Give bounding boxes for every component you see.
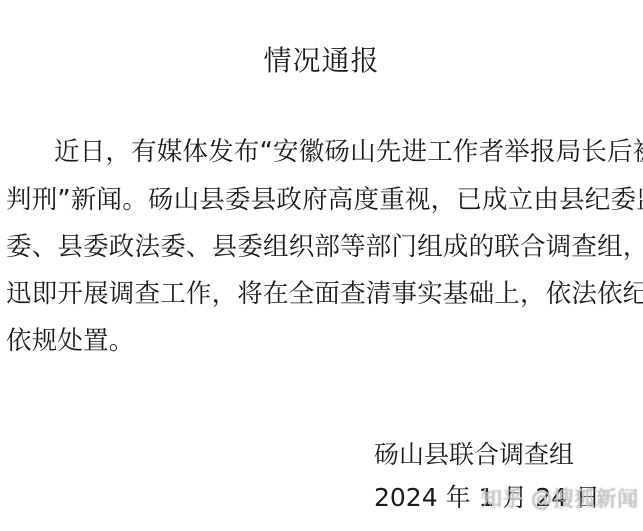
body-line: 委、县委政法委、县委组织部等部门组成的联合调查组，	[6, 232, 643, 262]
document-title: 情况通报	[0, 43, 643, 79]
document-signature: 砀山县联合调查组	[374, 440, 574, 470]
body-line: 依规处置。	[6, 326, 135, 356]
body-line: 迅即开展调查工作，将在全面查清事实基础上，依法依纪	[6, 279, 643, 309]
watermark: 知乎 @搜狐新闻	[481, 485, 639, 513]
body-line: 近日，有媒体发布“安徽砀山先进工作者举报局长后被	[54, 137, 643, 167]
body-line: 判刑”新闻。砀山县委县政府高度重视，已成立由县纪委监	[6, 185, 643, 215]
